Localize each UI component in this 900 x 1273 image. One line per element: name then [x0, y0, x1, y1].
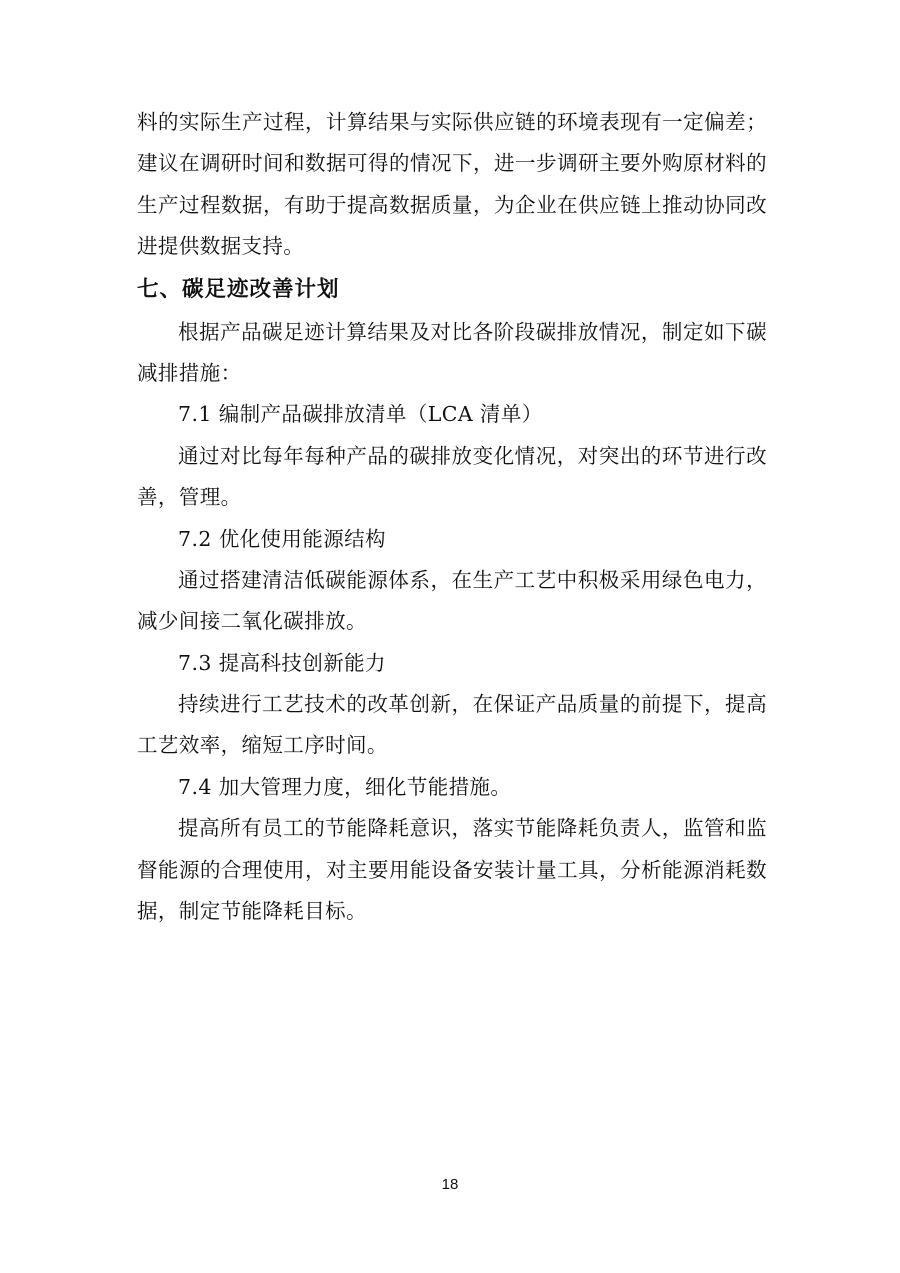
paragraph-line: 生产过程数据，有助于提高数据质量，为企业在供应链上推动协同改 [137, 185, 767, 226]
document-page: 料的实际生产过程，计算结果与实际供应链的环境表现有一定偏差； 建议在调研时间和数… [137, 102, 767, 932]
page-number: 18 [0, 1176, 900, 1193]
paragraph-line: 提高所有员工的节能降耗意识，落实节能降耗负责人，监管和监 [137, 808, 767, 849]
paragraph-line: 减少间接二氧化碳排放。 [137, 601, 767, 642]
subsection-7-1: 7.1 编制产品碳排放清单（LCA 清单） 通过对比每年每种产品的碳排放变化情况… [137, 394, 767, 518]
paragraph-line: 持续进行工艺技术的改革创新，在保证产品质量的前提下，提高 [137, 684, 767, 725]
paragraph-line: 根据产品碳足迹计算结果及对比各阶段碳排放情况，制定如下碳 [137, 312, 767, 353]
paragraph-line: 善，管理。 [137, 477, 767, 518]
intro-paragraph: 料的实际生产过程，计算结果与实际供应链的环境表现有一定偏差； 建议在调研时间和数… [137, 102, 767, 268]
paragraph-line: 督能源的合理使用，对主要用能设备安装计量工具，分析能源消耗数 [137, 850, 767, 891]
subsection-title: 7.2 优化使用能源结构 [137, 519, 767, 560]
paragraph-line: 据，制定节能降耗目标。 [137, 891, 767, 932]
section-heading: 七、碳足迹改善计划 [137, 268, 767, 312]
subsection-title: 7.3 提高科技创新能力 [137, 643, 767, 684]
section-intro: 根据产品碳足迹计算结果及对比各阶段碳排放情况，制定如下碳 减排措施： [137, 312, 767, 395]
paragraph-line: 减排措施： [137, 353, 767, 394]
paragraph-line: 通过对比每年每种产品的碳排放变化情况，对突出的环节进行改 [137, 436, 767, 477]
subsection-title: 7.1 编制产品碳排放清单（LCA 清单） [137, 394, 767, 435]
subsection-7-3: 7.3 提高科技创新能力 持续进行工艺技术的改革创新，在保证产品质量的前提下，提… [137, 643, 767, 767]
paragraph-line: 进提供数据支持。 [137, 226, 767, 267]
paragraph-line: 料的实际生产过程，计算结果与实际供应链的环境表现有一定偏差； [137, 102, 767, 143]
paragraph-line: 通过搭建清洁低碳能源体系，在生产工艺中积极采用绿色电力， [137, 560, 767, 601]
paragraph-line: 建议在调研时间和数据可得的情况下，进一步调研主要外购原材料的 [137, 143, 767, 184]
paragraph-line: 工艺效率，缩短工序时间。 [137, 725, 767, 766]
subsection-7-4: 7.4 加大管理力度，细化节能措施。 提高所有员工的节能降耗意识，落实节能降耗负… [137, 767, 767, 933]
subsection-7-2: 7.2 优化使用能源结构 通过搭建清洁低碳能源体系，在生产工艺中积极采用绿色电力… [137, 519, 767, 643]
subsection-title: 7.4 加大管理力度，细化节能措施。 [137, 767, 767, 808]
